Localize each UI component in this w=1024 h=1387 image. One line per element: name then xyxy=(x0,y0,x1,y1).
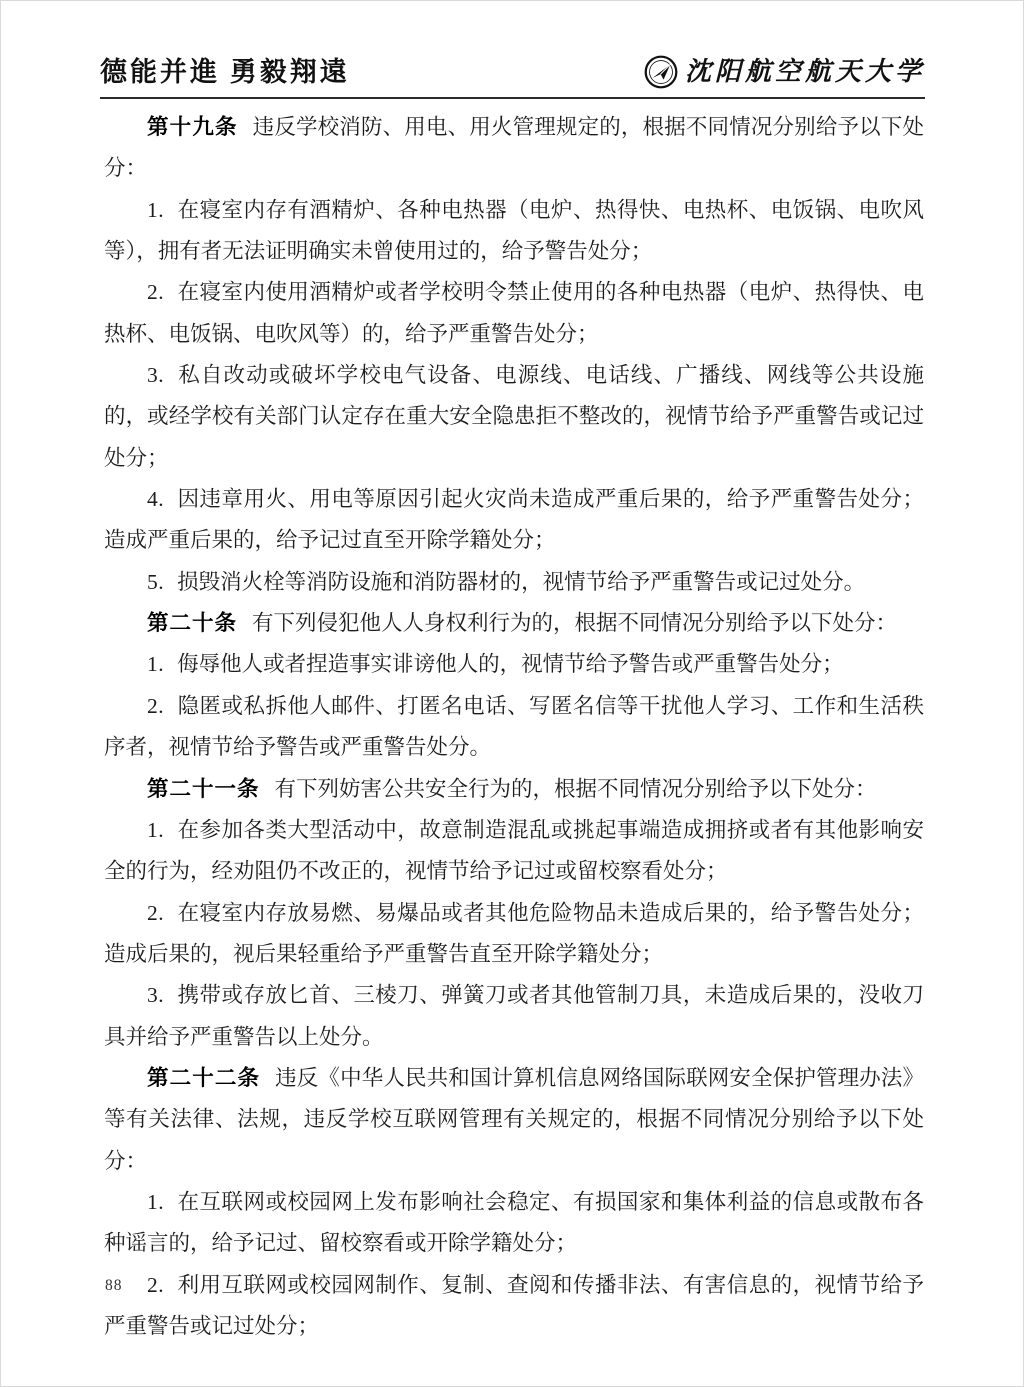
list-item: 3.携带或存放匕首、三棱刀、弹簧刀或者其他管制刀具，未造成后果的，没收刀具并给予… xyxy=(104,975,924,1058)
item-text: 在互联网或校园网上发布影响社会稳定、有损国家和集体利益的信息或散布各种谣言的，给… xyxy=(104,1190,924,1255)
item-text: 私自改动或破坏学校电气设备、电源线、电话线、广播线、网线等公共设施的，或经学校有… xyxy=(104,363,924,470)
school-brand: 沈阳航空航天大学 xyxy=(644,55,925,89)
item-number: 3. xyxy=(147,983,164,1007)
list-item: 2.隐匿或私拆他人邮件、打匿名电话、写匿名信等干扰他人学习、工作和生活秩序者，视… xyxy=(104,686,924,769)
list-item: 1.在参加各类大型活动中，故意制造混乱或挑起事端造成拥挤或者有其他影响安全的行为… xyxy=(104,810,924,893)
list-item: 2.利用互联网或校园网制作、复制、查阅和传播非法、有害信息的，视情节给予严重警告… xyxy=(104,1265,924,1348)
item-number: 3. xyxy=(147,363,164,387)
article-20-heading: 第二十条有下列侵犯他人人身权利行为的，根据不同情况分别给予以下处分： xyxy=(104,603,924,644)
item-text: 携带或存放匕首、三棱刀、弹簧刀或者其他管制刀具，未造成后果的，没收刀具并给予严重… xyxy=(104,983,924,1048)
article-number: 第二十一条 xyxy=(147,777,260,801)
list-item: 2.在寝室内使用酒精炉或者学校明令禁止使用的各种电热器（电炉、热得快、电热杯、电… xyxy=(104,272,924,355)
item-number: 1. xyxy=(147,1190,164,1214)
school-motto: 德能并進 勇毅翔遠 xyxy=(100,55,350,89)
list-item: 4.因违章用火、用电等原因引起火灾尚未造成严重后果的，给予严重警告处分；造成严重… xyxy=(104,479,924,562)
university-logo-icon xyxy=(644,55,678,89)
article-22-heading: 第二十二条违反《中华人民共和国计算机信息网络国际联网安全保护管理办法》等有关法律… xyxy=(104,1058,924,1182)
item-number: 2. xyxy=(147,280,164,304)
article-intro: 有下列侵犯他人人身权利行为的，根据不同情况分别给予以下处分： xyxy=(252,611,897,635)
article-19-heading: 第十九条违反学校消防、用电、用火管理规定的，根据不同情况分别给予以下处分： xyxy=(104,107,924,190)
item-number: 5. xyxy=(147,570,164,594)
item-number: 1. xyxy=(147,818,164,842)
item-number: 1. xyxy=(147,652,164,676)
item-text: 在寝室内存放易燃、易爆品或者其他危险物品未造成后果的，给予警告处分；造成后果的，… xyxy=(104,901,924,966)
item-number: 1. xyxy=(147,198,164,222)
page-header: 德能并進 勇毅翔遠 沈阳航空航天大学 xyxy=(100,55,925,99)
item-number: 2. xyxy=(147,1273,164,1297)
article-21-heading: 第二十一条有下列妨害公共安全行为的，根据不同情况分别给予以下处分： xyxy=(104,769,924,810)
article-number: 第十九条 xyxy=(147,115,238,139)
article-intro: 有下列妨害公共安全行为的，根据不同情况分别给予以下处分： xyxy=(275,777,877,801)
article-number: 第二十条 xyxy=(147,611,237,635)
item-number: 2. xyxy=(147,901,164,925)
article-number: 第二十二条 xyxy=(147,1066,260,1090)
item-text: 侮辱他人或者捏造事实诽谤他人的，视情节给予警告或严重警告处分； xyxy=(177,652,844,676)
university-name: 沈阳航空航天大学 xyxy=(685,55,925,89)
list-item: 1.侮辱他人或者捏造事实诽谤他人的，视情节给予警告或严重警告处分； xyxy=(104,644,924,685)
item-number: 4. xyxy=(147,487,164,511)
item-text: 在参加各类大型活动中，故意制造混乱或挑起事端造成拥挤或者有其他影响安全的行为，经… xyxy=(104,818,924,883)
page-number: 88 xyxy=(105,1277,123,1295)
document-body: 第十九条违反学校消防、用电、用火管理规定的，根据不同情况分别给予以下处分： 1.… xyxy=(104,107,924,1347)
list-item: 1.在互联网或校园网上发布影响社会稳定、有损国家和集体利益的信息或散布各种谣言的… xyxy=(104,1182,924,1265)
list-item: 3.私自改动或破坏学校电气设备、电源线、电话线、广播线、网线等公共设施的，或经学… xyxy=(104,355,924,479)
list-item: 5.损毁消火栓等消防设施和消防器材的，视情节给予严重警告或记过处分。 xyxy=(104,562,924,603)
item-number: 2. xyxy=(147,694,164,718)
document-page: 德能并進 勇毅翔遠 沈阳航空航天大学 第十九条违反学校消防、用电、用火管理规定的… xyxy=(0,0,1024,1387)
item-text: 在寝室内存有酒精炉、各种电热器（电炉、热得快、电热杯、电饭锅、电吹风等），拥有者… xyxy=(104,198,924,263)
item-text: 因违章用火、用电等原因引起火灾尚未造成严重后果的，给予严重警告处分；造成严重后果… xyxy=(104,487,924,552)
item-text: 在寝室内使用酒精炉或者学校明令禁止使用的各种电热器（电炉、热得快、电热杯、电饭锅… xyxy=(104,280,924,345)
item-text: 隐匿或私拆他人邮件、打匿名电话、写匿名信等干扰他人学习、工作和生活秩序者，视情节… xyxy=(104,694,924,759)
list-item: 2.在寝室内存放易燃、易爆品或者其他危险物品未造成后果的，给予警告处分；造成后果… xyxy=(104,893,924,976)
list-item: 1.在寝室内存有酒精炉、各种电热器（电炉、热得快、电热杯、电饭锅、电吹风等），拥… xyxy=(104,190,924,273)
item-text: 损毁消火栓等消防设施和消防器材的，视情节给予严重警告或记过处分。 xyxy=(177,570,865,594)
item-text: 利用互联网或校园网制作、复制、查阅和传播非法、有害信息的，视情节给予严重警告或记… xyxy=(104,1273,924,1338)
